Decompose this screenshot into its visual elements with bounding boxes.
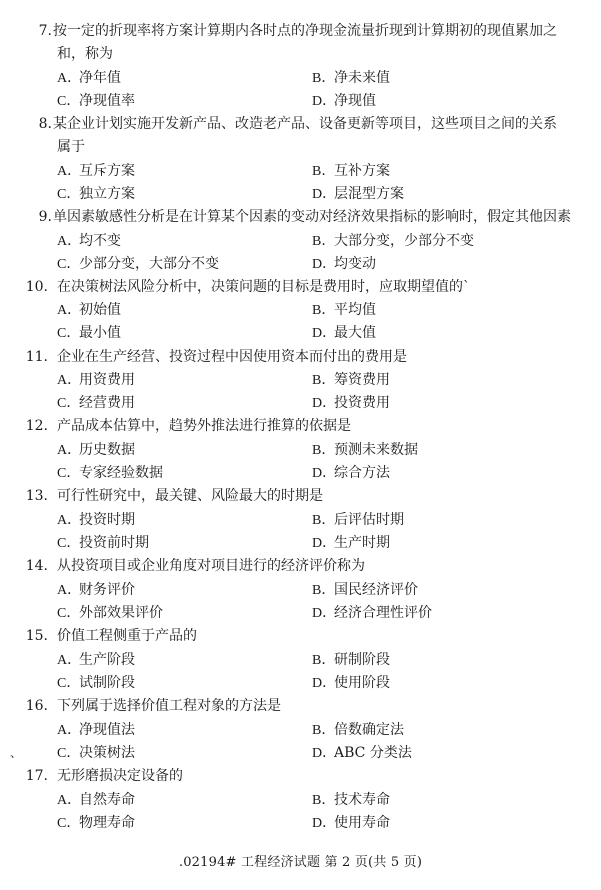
option-label: C． <box>57 462 79 485</box>
option-label: A． <box>57 230 79 253</box>
option-text: 国民经济评价 <box>334 582 418 598</box>
option-a[interactable]: A．财务评价 <box>57 579 135 602</box>
question-text-line-1: 价值工程侧重于产品的 <box>57 625 197 648</box>
question-number: 9. <box>28 206 52 229</box>
option-label: C． <box>57 602 79 625</box>
option-text: 外部效果评价 <box>79 605 163 621</box>
option-d[interactable]: D．层混型方案 <box>312 183 404 206</box>
option-text: 净现值 <box>334 93 376 109</box>
option-label: C． <box>57 183 79 206</box>
option-a[interactable]: A．初始值 <box>57 299 121 322</box>
question-text-line-1: 在决策树法风险分析中，决策问题的目标是费用时，应取期望值的` <box>57 276 470 299</box>
option-label: D． <box>312 532 334 555</box>
option-text: 平均值 <box>334 302 376 318</box>
question-text-line-1: 企业在生产经营、投资过程中因使用资本而付出的费用是 <box>57 346 407 369</box>
question-number: 11. <box>24 346 48 369</box>
option-c[interactable]: C．投资前时期 <box>57 532 149 555</box>
question-text-line-1: 按一定的折现率将方案计算期内各时点的净现金流量折现到计算期初的现值累加之 <box>53 20 557 43</box>
option-text: 经济合理性评价 <box>334 605 432 621</box>
option-text: 筹资费用 <box>334 372 390 388</box>
option-label: B． <box>312 649 334 672</box>
option-b[interactable]: B．大部分变，少部分不变 <box>312 230 474 253</box>
option-b[interactable]: B．国民经济评价 <box>312 579 418 602</box>
option-a[interactable]: A．历史数据 <box>57 439 135 462</box>
option-label: C． <box>57 322 79 345</box>
question-number: 8. <box>28 113 52 136</box>
option-d[interactable]: D．使用阶段 <box>312 672 390 695</box>
option-text: 初始值 <box>79 302 121 318</box>
exam-page: 7. 按一定的折现率将方案计算期内各时点的净现金流量折现到计算期初的现值累加之 … <box>0 0 601 890</box>
option-a[interactable]: A．均不变 <box>57 230 121 253</box>
question-text-line-1: 某企业计划实施开发新产品、改造老产品、设备更新等项目，这些项目之间的关系 <box>53 113 557 136</box>
option-b[interactable]: B．互补方案 <box>312 160 390 183</box>
option-b[interactable]: B．筹资费用 <box>312 369 390 392</box>
option-label: D． <box>312 183 334 206</box>
option-c[interactable]: C．最小值 <box>57 322 121 345</box>
question-number: 10. <box>24 276 48 299</box>
option-text: 技术寿命 <box>334 792 390 808</box>
question-text-line-2: 和，称为 <box>57 43 113 66</box>
option-label: D． <box>312 392 334 415</box>
option-text: 使用寿命 <box>334 815 390 831</box>
option-text: 物理寿命 <box>79 815 135 831</box>
option-text: 投资前时期 <box>79 535 149 551</box>
option-c[interactable]: C．经营费用 <box>57 392 135 415</box>
option-c[interactable]: C．决策树法 <box>57 742 135 765</box>
option-label: C． <box>57 812 79 835</box>
option-b[interactable]: B．研制阶段 <box>312 649 390 672</box>
option-label: B． <box>312 509 334 532</box>
option-a[interactable]: A．用资费用 <box>57 369 135 392</box>
option-b[interactable]: B．净未来值 <box>312 67 390 90</box>
option-d[interactable]: D．ABC 分类法 <box>312 742 412 765</box>
option-text: 试制阶段 <box>79 675 135 691</box>
option-label: D． <box>312 322 334 345</box>
option-text: 净未来值 <box>334 70 390 86</box>
option-label: B． <box>312 160 334 183</box>
option-text: 专家经验数据 <box>79 465 163 481</box>
option-label: C． <box>57 253 79 276</box>
option-label: C． <box>57 672 79 695</box>
option-label: D． <box>312 462 334 485</box>
option-text: 投资时期 <box>79 512 135 528</box>
option-text: 生产时期 <box>334 535 390 551</box>
option-label: C． <box>57 532 79 555</box>
option-c[interactable]: C．试制阶段 <box>57 672 135 695</box>
option-label: A． <box>57 579 79 602</box>
option-b[interactable]: B．平均值 <box>312 299 376 322</box>
option-text: 大部分变，少部分不变 <box>334 233 474 249</box>
option-text: 用资费用 <box>79 372 135 388</box>
option-text: 均变动 <box>334 256 376 272</box>
option-label: A． <box>57 299 79 322</box>
question-text-line-1: 从投资项目或企业角度对项目进行的经济评价称为 <box>57 555 365 578</box>
option-text: 倍数确定法 <box>334 722 404 738</box>
option-text: 后评估时期 <box>334 512 404 528</box>
question-number: 17. <box>24 765 48 788</box>
option-text: 均不变 <box>79 233 121 249</box>
option-d[interactable]: D．最大值 <box>312 322 376 345</box>
option-text: 生产阶段 <box>79 652 135 668</box>
option-a[interactable]: A．生产阶段 <box>57 649 135 672</box>
option-d[interactable]: D．使用寿命 <box>312 812 390 835</box>
option-text: 历史数据 <box>79 442 135 458</box>
option-text: 投资费用 <box>334 395 390 411</box>
option-label: D． <box>312 253 334 276</box>
option-text: 最大值 <box>334 325 376 341</box>
option-text: 预测未来数据 <box>334 442 418 458</box>
option-c[interactable]: C．净现值率 <box>57 90 135 113</box>
option-label: D． <box>312 672 334 695</box>
option-label: A． <box>57 67 79 90</box>
option-label: A． <box>57 439 79 462</box>
stray-mark: 、 <box>10 744 22 761</box>
question-text-line-1: 无形磨损决定设备的 <box>57 765 183 788</box>
option-label: B． <box>312 67 334 90</box>
option-text: 互斥方案 <box>79 163 135 179</box>
option-a[interactable]: A．净现值法 <box>57 719 135 742</box>
option-label: A． <box>57 649 79 672</box>
question-text-line-1: 产品成本估算中，趋势外推法进行推算的依据是 <box>57 415 351 438</box>
option-c[interactable]: C．专家经验数据 <box>57 462 163 485</box>
option-label: A． <box>57 369 79 392</box>
option-d[interactable]: D．投资费用 <box>312 392 390 415</box>
question-text-line-2: 属于 <box>57 136 85 159</box>
option-text: ABC 分类法 <box>334 745 412 761</box>
option-label: D． <box>312 602 334 625</box>
option-a[interactable]: A．净年值 <box>57 67 121 90</box>
option-label: B． <box>312 369 334 392</box>
option-label: B． <box>312 719 334 742</box>
option-label: A． <box>57 509 79 532</box>
option-text: 最小值 <box>79 325 121 341</box>
page-footer: .02194# 工程经济试题 第 2 页(共 5 页) <box>0 851 601 870</box>
option-text: 净现值法 <box>79 722 135 738</box>
option-label: B． <box>312 299 334 322</box>
option-label: D． <box>312 812 334 835</box>
question-number: 16. <box>24 695 48 718</box>
option-label: B． <box>312 789 334 812</box>
option-label: A． <box>57 719 79 742</box>
option-c[interactable]: C．独立方案 <box>57 183 135 206</box>
option-text: 决策树法 <box>79 745 135 761</box>
option-label: C． <box>57 90 79 113</box>
option-label: A． <box>57 789 79 812</box>
option-c[interactable]: C．外部效果评价 <box>57 602 163 625</box>
option-text: 综合方法 <box>334 465 390 481</box>
option-label: C． <box>57 392 79 415</box>
option-d[interactable]: D．净现值 <box>312 90 376 113</box>
question-number: 7. <box>28 20 52 43</box>
option-d[interactable]: D．经济合理性评价 <box>312 602 432 625</box>
option-text: 使用阶段 <box>334 675 390 691</box>
option-d[interactable]: D．生产时期 <box>312 532 390 555</box>
option-b[interactable]: B．预测未来数据 <box>312 439 418 462</box>
option-label: B． <box>312 230 334 253</box>
option-d[interactable]: D．均变动 <box>312 253 376 276</box>
option-text: 研制阶段 <box>334 652 390 668</box>
option-text: 经营费用 <box>79 395 135 411</box>
option-text: 少部分变，大部分不变 <box>79 256 219 272</box>
option-text: 财务评价 <box>79 582 135 598</box>
option-text: 层混型方案 <box>334 186 404 202</box>
option-label: B． <box>312 579 334 602</box>
option-a[interactable]: A．互斥方案 <box>57 160 135 183</box>
question-number: 14. <box>24 555 48 578</box>
option-label: D． <box>312 90 334 113</box>
option-b[interactable]: B．技术寿命 <box>312 789 390 812</box>
option-d[interactable]: D．综合方法 <box>312 462 390 485</box>
option-text: 净年值 <box>79 70 121 86</box>
option-text: 净现值率 <box>79 93 135 109</box>
option-label: A． <box>57 160 79 183</box>
option-text: 自然寿命 <box>79 792 135 808</box>
option-c[interactable]: C．物理寿命 <box>57 812 135 835</box>
option-b[interactable]: B．倍数确定法 <box>312 719 404 742</box>
question-number: 15. <box>24 625 48 648</box>
option-label: B． <box>312 439 334 462</box>
question-number: 13. <box>24 485 48 508</box>
option-text: 互补方案 <box>334 163 390 179</box>
question-number: 12. <box>24 415 48 438</box>
option-label: C． <box>57 742 79 765</box>
option-b[interactable]: B．后评估时期 <box>312 509 404 532</box>
question-text-line-1: 下列属于选择价值工程对象的方法是 <box>57 695 281 718</box>
option-a[interactable]: A．投资时期 <box>57 509 135 532</box>
option-label: D． <box>312 742 334 765</box>
option-text: 独立方案 <box>79 186 135 202</box>
option-a[interactable]: A．自然寿命 <box>57 789 135 812</box>
question-text-line-1: 可行性研究中，最关键、风险最大的时期是 <box>57 485 323 508</box>
question-text-line-1: 单因素敏感性分析是在计算某个因素的变动对经济效果指标的影响时，假定其他因素 <box>53 206 571 229</box>
option-c[interactable]: C．少部分变，大部分不变 <box>57 253 219 276</box>
